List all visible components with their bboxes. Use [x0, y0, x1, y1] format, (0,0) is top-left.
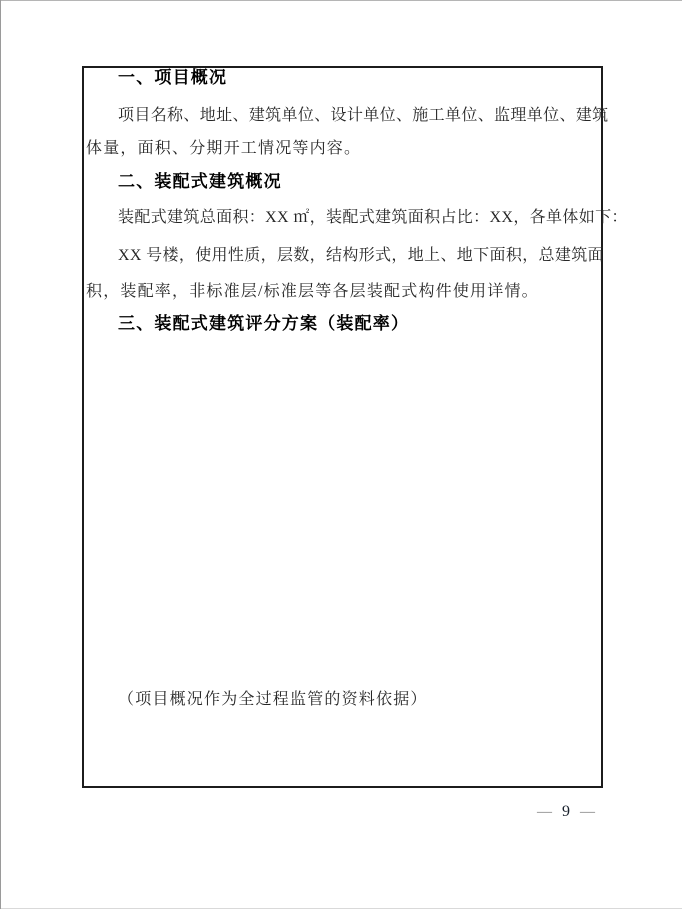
section-2-para-line-2: XX 号楼，使用性质，层数，结构形式，地上、地下面积，总建筑面	[86, 246, 634, 266]
page-number: — 9 —	[537, 803, 595, 821]
section-1-para-line-2: 体量，面积、分期开工情况等内容。	[86, 139, 602, 159]
page-number-value: 9	[562, 803, 570, 821]
page-number-dash-left: —	[537, 804, 552, 821]
section-1-heading: 一、项目概况	[86, 68, 634, 88]
section-2-para-line-1: 装配式建筑总面积：XX ㎡，装配式建筑面积占比：XX，各单体如下：	[86, 208, 634, 228]
section-3-heading: 三、装配式建筑评分方案（装配率）	[86, 314, 634, 334]
document-page: 一、项目概况 项目名称、地址、建筑单位、设计单位、施工单位、监理单位、建筑 体量…	[0, 0, 682, 909]
page-number-dash-right: —	[580, 804, 595, 821]
section-2-heading: 二、装配式建筑概况	[86, 172, 634, 192]
section-2-para-line-3: 积，装配率，非标准层/标准层等各层装配式构件使用详情。	[86, 282, 602, 302]
section-1-para-line-1: 项目名称、地址、建筑单位、设计单位、施工单位、监理单位、建筑	[86, 106, 634, 126]
note-line: （项目概况作为全过程监管的资料依据）	[86, 690, 634, 710]
